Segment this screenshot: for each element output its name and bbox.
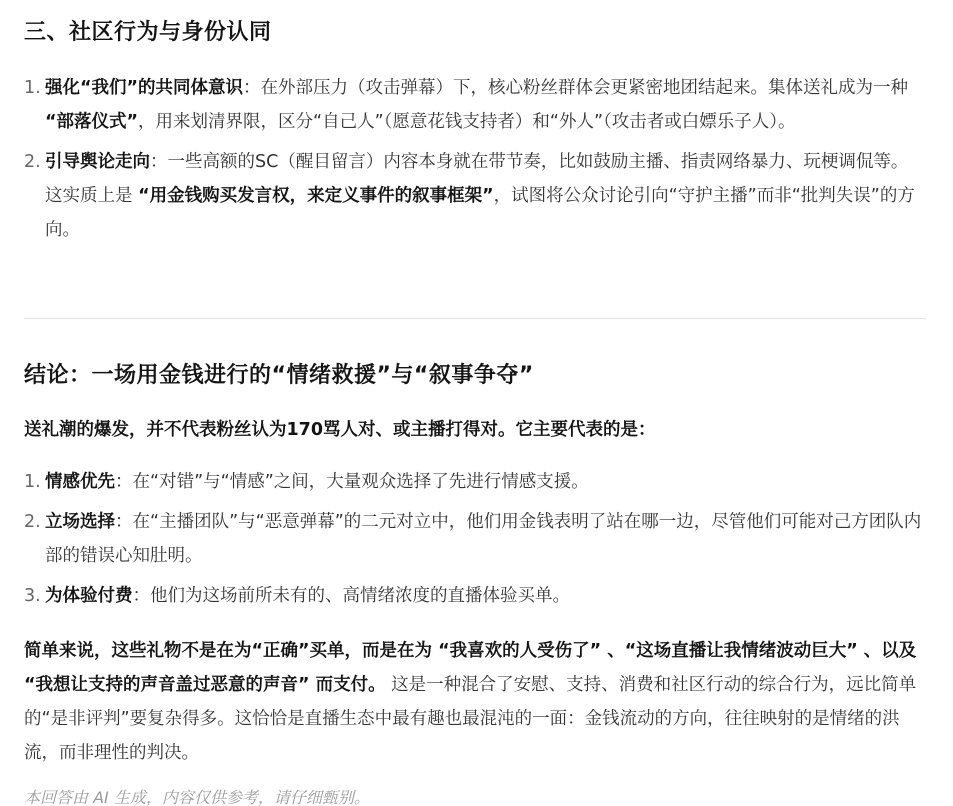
conclusion-lead: 送礼潮的爆发，并不代表粉丝认为170骂人对、或主播打得对。它主要代表的是： xyxy=(24,414,656,446)
item-title: 情感优先 xyxy=(45,472,115,492)
section-divider xyxy=(24,318,926,319)
conclusion-list: 1. 情感优先：在“对错”与“情感”之间，大量观众选择了先进行情感支援。 2. … xyxy=(24,465,922,613)
separator: ： xyxy=(115,472,133,492)
identity-list: 1. 强化“我们”的共同体意识：在外部压力（攻击弹幕）下，核心粉丝群体会更紧密地… xyxy=(24,71,922,247)
item-emphasis: “用金钱购买发言权，来定义事件的叙事框架” xyxy=(138,186,494,206)
summary-paragraph: 简单来说，这些礼物不是在为“正确”买单，而是在为 “我喜欢的人受伤了” 、“这场… xyxy=(24,634,924,770)
item-title: 为体验付费 xyxy=(45,586,133,606)
list-number: 1. xyxy=(24,71,41,105)
list-item: 1. 强化“我们”的共同体意识：在外部压力（攻击弹幕）下，核心粉丝群体会更紧密地… xyxy=(24,71,922,139)
list-item: 2. 引导舆论走向：一些高额的SC（醒目留言）内容本身就在带节奏，比如鼓励主播、… xyxy=(24,145,922,247)
conclusion-heading: 结论：一场用金钱进行的“情绪救援”与“叙事争夺” xyxy=(24,361,534,391)
separator: ： xyxy=(150,152,168,172)
item-title: 引导舆论走向 xyxy=(45,152,150,172)
list-number: 2. xyxy=(24,505,41,539)
list-item: 2. 立场选择：在“主播团队”与“恶意弹幕”的二元对立中，他们用金钱表明了站在哪… xyxy=(24,505,922,573)
item-text: 他们为这场前所未有的、高情绪浓度的直播体验买单。 xyxy=(150,586,570,606)
item-title: 强化“我们”的共同体意识 xyxy=(45,78,243,98)
section-heading: 三、社区行为与身份认同 xyxy=(24,18,272,48)
list-number: 3. xyxy=(24,579,41,613)
item-emphasis: “部落仪式” xyxy=(45,112,138,132)
item-text: ，用来划清界限，区分“自己人”（愿意花钱支持者）和“外人”（攻击者或白嫖乐子人）… xyxy=(138,112,796,132)
item-text: 在外部压力（攻击弹幕）下，核心粉丝群体会更紧密地团结起来。集体送礼成为一种 xyxy=(261,78,909,98)
item-text: 在“主播团队”与“恶意弹幕”的二元对立中，他们用金钱表明了站在哪一边，尽管他们可… xyxy=(45,512,921,566)
ai-disclaimer: 本回答由 AI 生成，内容仅供参考，请仔细甄别。 xyxy=(24,786,370,806)
item-title: 立场选择 xyxy=(45,512,115,532)
separator: ： xyxy=(133,586,151,606)
list-number: 1. xyxy=(24,465,41,499)
separator: ： xyxy=(243,78,261,98)
separator: ： xyxy=(115,512,133,532)
list-number: 2. xyxy=(24,145,41,179)
list-item: 1. 情感优先：在“对错”与“情感”之间，大量观众选择了先进行情感支援。 xyxy=(24,465,922,499)
list-item: 3. 为体验付费：他们为这场前所未有的、高情绪浓度的直播体验买单。 xyxy=(24,579,922,613)
item-text: 在“对错”与“情感”之间，大量观众选择了先进行情感支援。 xyxy=(133,472,589,492)
